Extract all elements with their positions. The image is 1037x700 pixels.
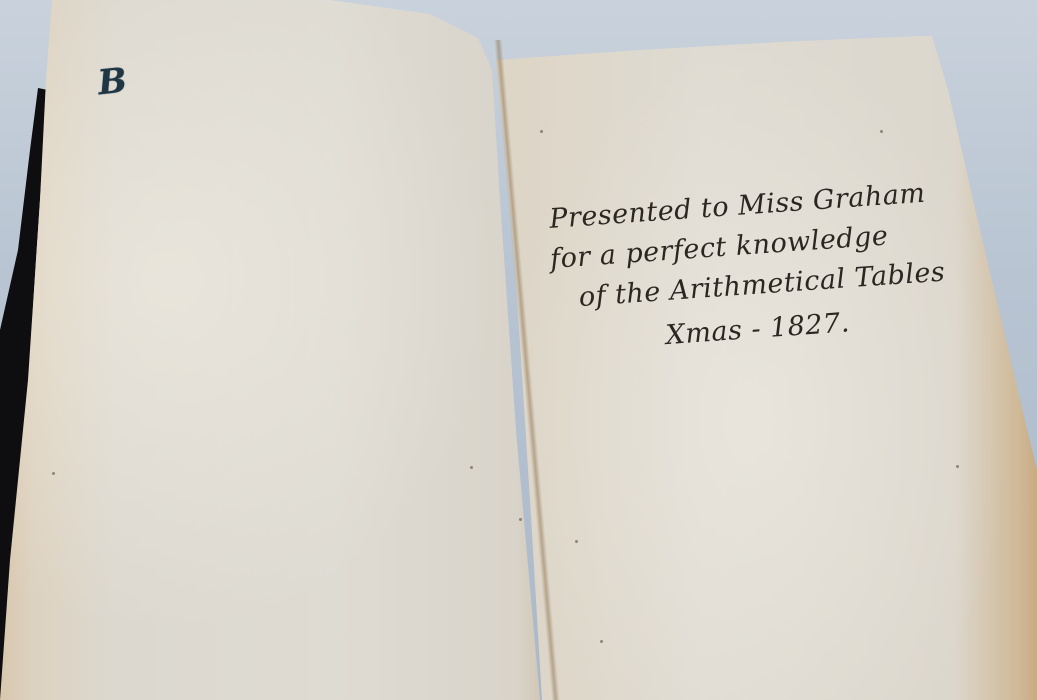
paper-foxing-speck	[519, 518, 522, 521]
paper-foxing-speck	[600, 640, 603, 643]
paper-foxing-speck	[540, 130, 543, 133]
photo-scene: B Presented to Miss Graham for a perfect…	[0, 0, 1037, 700]
ink-initial-mark: B	[96, 61, 127, 104]
left-page	[0, 0, 560, 700]
paper-foxing-speck	[52, 472, 55, 475]
paper-foxing-speck	[880, 130, 883, 133]
paper-foxing-speck	[575, 540, 578, 543]
handwritten-inscription: Presented to Miss Graham for a perfect k…	[548, 168, 1018, 364]
paper-foxing-speck	[956, 465, 959, 468]
paper-foxing-speck	[470, 466, 473, 469]
